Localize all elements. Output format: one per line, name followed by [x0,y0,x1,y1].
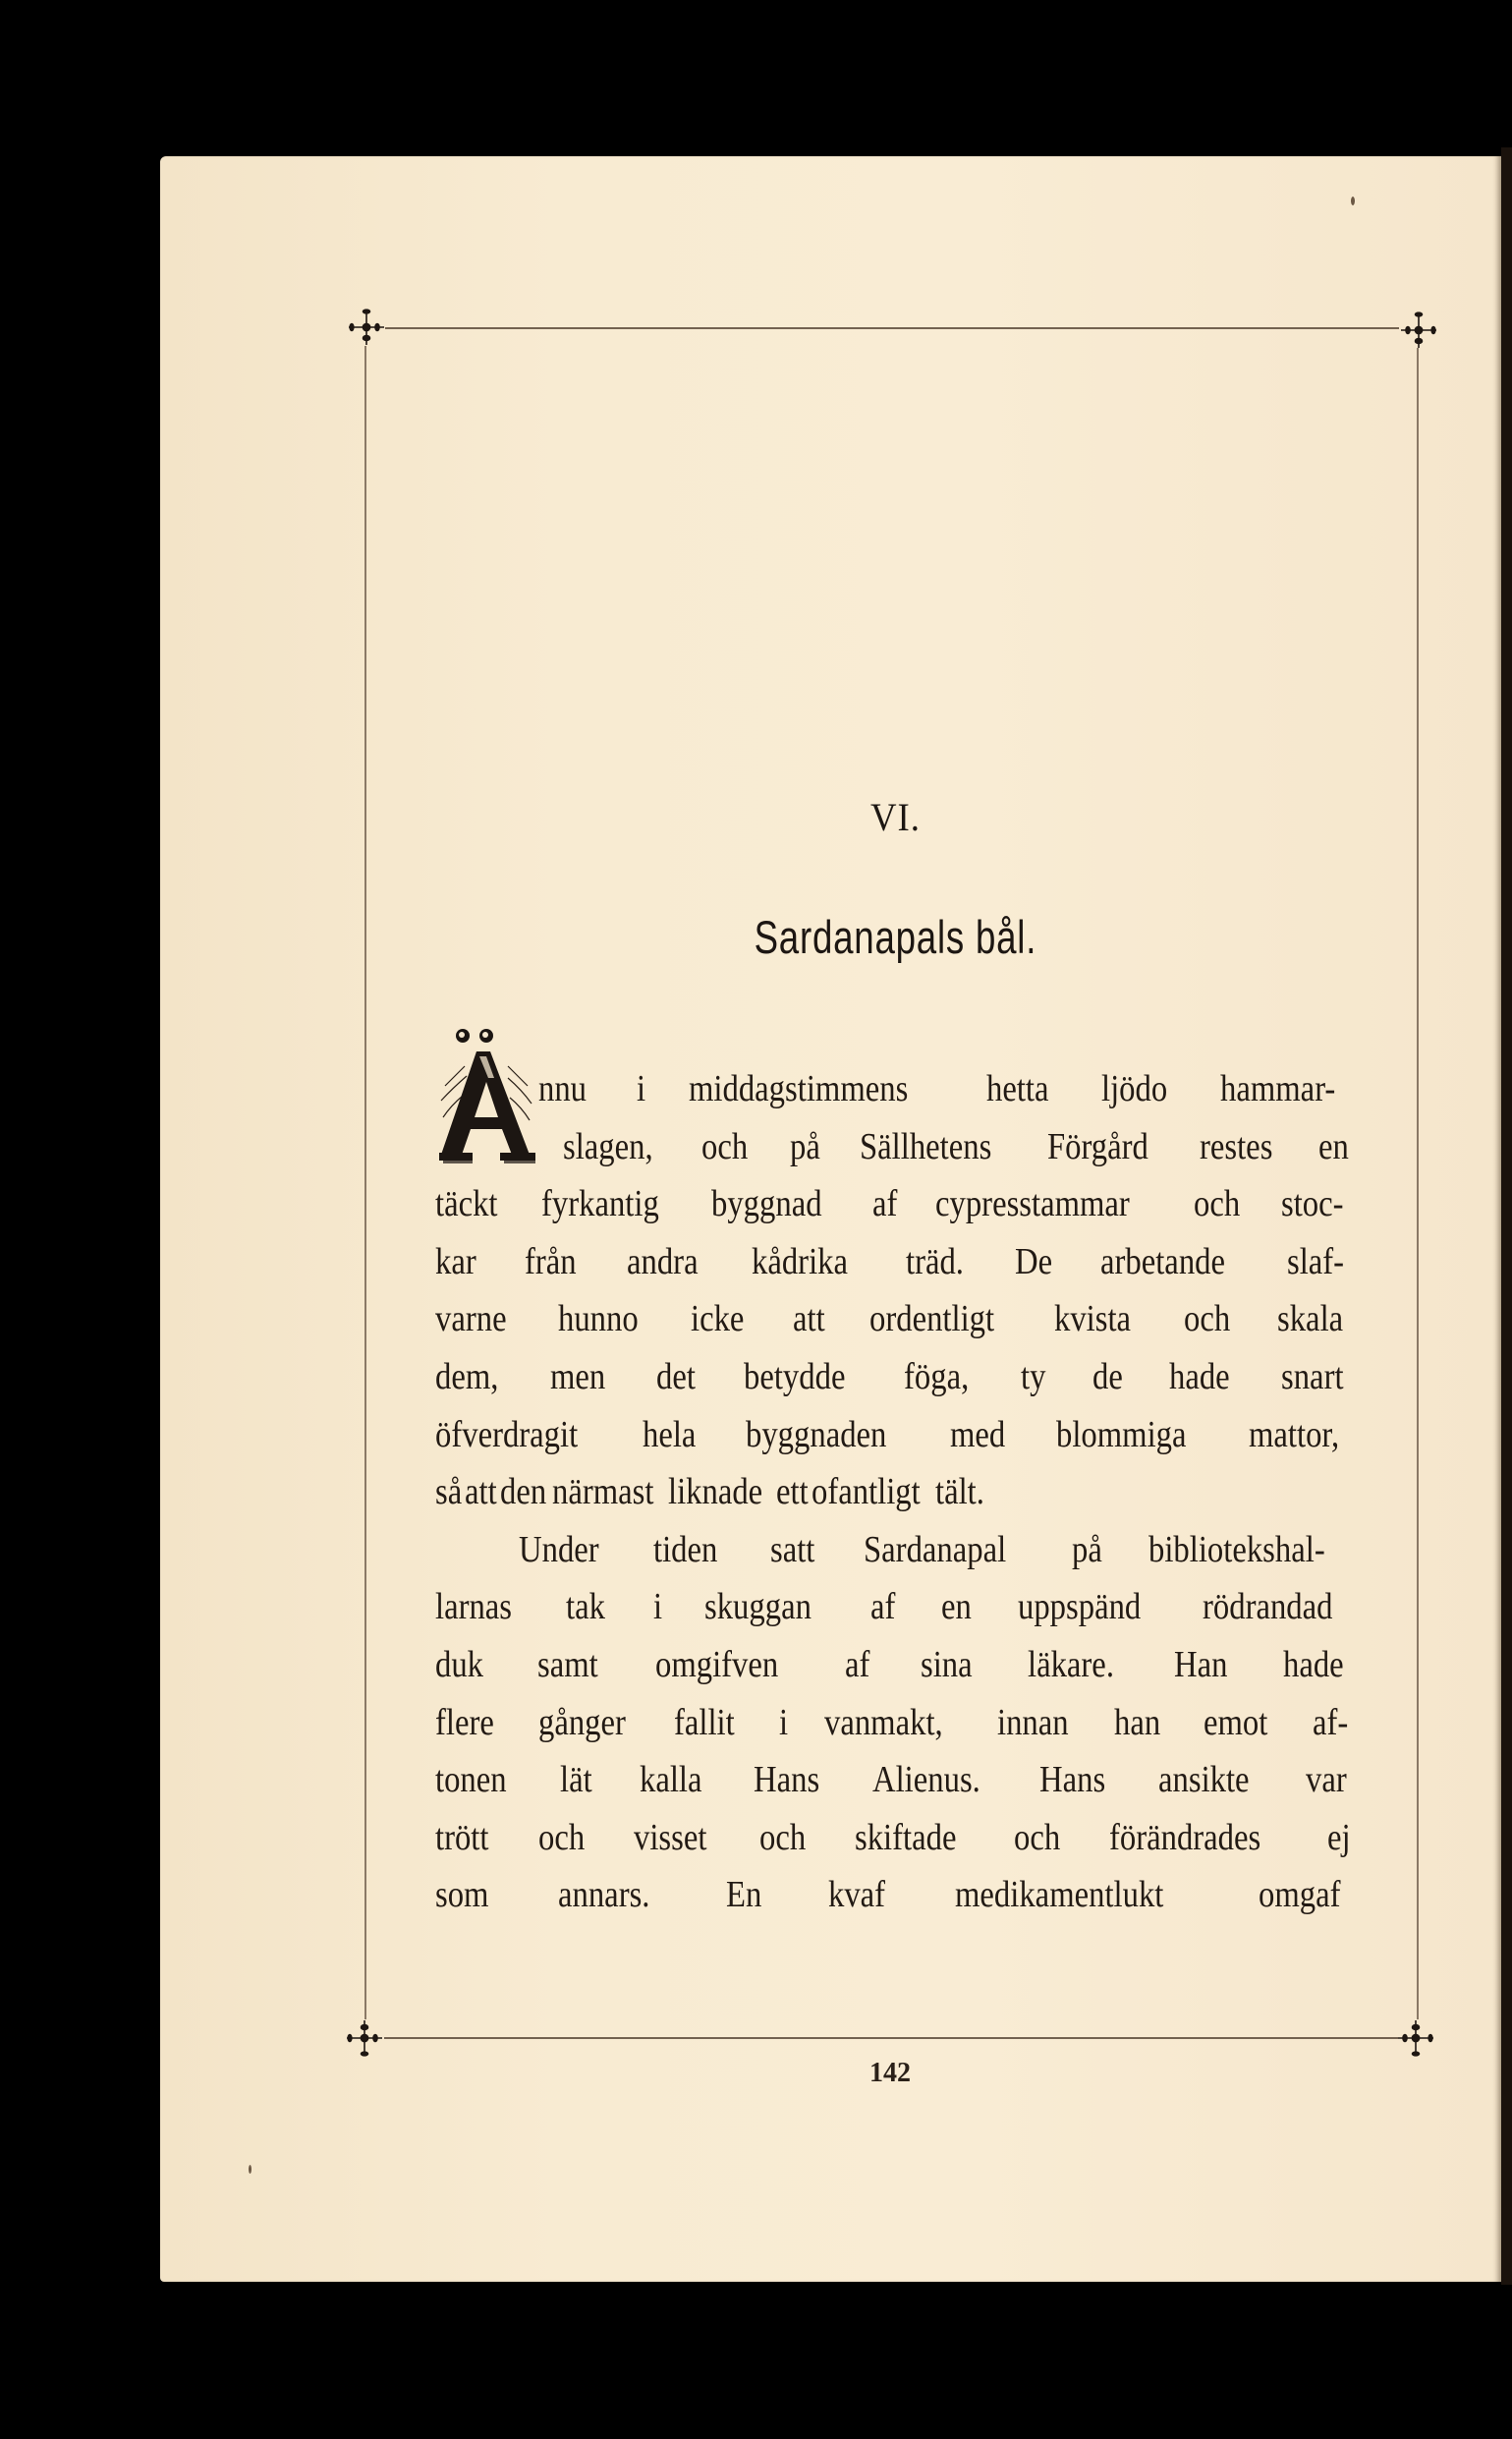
text-line: somannars.Enkvafmedikamentluktomgaf [435,1866,1354,1923]
frame-left-rule [364,346,366,2019]
frame-top-rule [385,327,1399,329]
text-line: tröttochvissetochskiftadeochförändradese… [435,1809,1354,1866]
corner-ornament-top-right-icon [1399,311,1438,350]
corner-ornament-bottom-right-icon [1396,2018,1435,2058]
text-line: såattdennärmastliknadeettofantligttält. [435,1463,1354,1520]
drop-cap-a-umlaut-icon [435,1027,537,1166]
paper-speck [1351,197,1355,205]
paper-speck [249,2165,252,2174]
frame-bottom-rule [384,2037,1398,2039]
frame-right-rule [1417,348,1419,2019]
text-line: nnuimiddagstimmenshettaljödohammar- [538,1060,1354,1117]
corner-ornament-top-left-icon [347,308,386,347]
text-line: slagen,ochpåSällhetensFörgårdrestesen [563,1118,1354,1175]
page-number: 142 [841,2058,939,2089]
text-line: duksamtomgifvenafsinaläkare.Hanhade [435,1636,1354,1693]
text-line: fleregångerfallitivanmakt,innanhanemotaf… [435,1694,1354,1751]
corner-ornament-bottom-left-icon [345,2018,384,2058]
text-line: UndertidensattSardanapalpåbibliotekshal- [519,1521,1354,1578]
page-edge-shadow [1501,147,1512,2285]
text-line: karfrånandrakådrikaträd.Dearbetandeslaf- [435,1233,1354,1290]
text-line: dem,mendetbetyddeföga,tydehadesnart [435,1348,1354,1405]
text-line: täcktfyrkantigbyggnadafcypresstammarochs… [435,1175,1354,1232]
text-line: varnehunnoickeattordentligtkvistaochskal… [435,1290,1354,1347]
chapter-title: Sardanapals bål. [196,910,1375,964]
text-line: larnastakiskugganafenuppspändrödrandad [435,1578,1354,1635]
text-line: öfverdragithelabyggnadenmedblommigamatto… [435,1406,1354,1463]
text-line: tonenlätkallaHansAlienus.Hansansiktevar [435,1751,1354,1808]
chapter-number: VI. [72,794,1463,840]
